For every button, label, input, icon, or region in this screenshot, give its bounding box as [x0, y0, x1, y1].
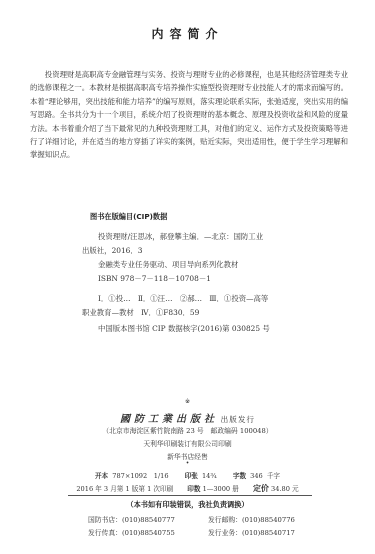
contact-label: 发行邮购： [208, 516, 242, 524]
publisher-logo: 國防工業出版社 [120, 414, 218, 425]
dot-ornament: • [0, 460, 375, 467]
print-run-value: 1—3000 册 [203, 485, 239, 493]
edition-line: 2016 年 3 月第 1 版第 1 次印刷 印数 1—3000 册 定价 34… [0, 483, 375, 494]
price-label: 定价 [253, 484, 269, 493]
contact-phone: (010)88540717 [242, 529, 295, 537]
cip-line-record: 中国版本图书馆 CIP 数据核字(2016)第 030825 号 [90, 322, 330, 336]
price-value: 34.80 元 [271, 485, 299, 493]
cip-line-series: 金融类专业任务驱动、项目导向系列化教材 [90, 258, 330, 272]
cip-block: 图书在版编目(CIP)数据 投资理财/汪思冰，郝登攀主编．—北京：国防工业 出版… [90, 210, 330, 336]
publisher-address: （北京市海淀区紫竹院南路 23 号 邮政编码 100048） [0, 425, 375, 435]
contact-business: 发行业务：(010)88540717 [208, 527, 328, 540]
star-ornament: ※ [0, 398, 375, 405]
contact-label: 发行业务： [208, 529, 242, 537]
publisher-line: 國防工業出版社 出版发行 [0, 410, 375, 425]
words-value: 346 千字 [250, 472, 280, 480]
intro-paragraph: 投资理财是高职高专金融管理与实务、投资与理财专业的必修课程，也是其他经济管理类专… [30, 68, 348, 162]
divider [68, 495, 312, 496]
specs-line: 开本 787×1092 1/16 印张 14¾ 字数 346 千字 [0, 470, 375, 480]
contact-label: 国防书店： [88, 516, 122, 524]
contact-label: 发行传真： [88, 529, 122, 537]
contact-phone: (010)88540755 [122, 529, 175, 537]
contact-mail-order: 发行邮购：(010)88540776 [208, 514, 328, 527]
contact-bookstore: 国防书店：(010)88540777 [88, 514, 208, 527]
print-run-label: 印数 [187, 485, 200, 493]
cip-line-classification-cont: 职业教育—教材 Ⅳ．①F830．59 [82, 306, 330, 320]
cip-line-isbn: ISBN 978－7－118－10708－1 [90, 272, 330, 286]
page-title: 内容简介 [0, 25, 375, 42]
contact-phone: (010)88540777 [122, 516, 175, 524]
cip-heading: 图书在版编目(CIP)数据 [90, 210, 330, 224]
printer-name: 天利华印刷装订有限公司印刷 [0, 438, 375, 448]
cip-line-classification: Ⅰ．①投… Ⅱ．①汪… ②郝… Ⅲ．①投资—高等 [90, 292, 330, 306]
format-label: 开本 [95, 472, 108, 480]
edition-info: 2016 年 3 月第 1 版第 1 次印刷 [76, 485, 173, 493]
contact-phone: (010)88540776 [242, 516, 295, 524]
format-value: 787×1092 1/16 [112, 472, 168, 480]
publisher-suffix: 出版发行 [221, 415, 255, 424]
cip-line-publisher: 出版社，2016．3 [82, 244, 330, 258]
sheets-value: 14¾ [202, 472, 217, 480]
sheets-label: 印张 [185, 472, 198, 480]
replacement-notice: （本书如有印装错误，我社负责调换） [0, 500, 375, 510]
contacts: 国防书店：(010)88540777 发行邮购：(010)88540776 发行… [88, 514, 328, 540]
contact-fax: 发行传真：(010)88540755 [88, 527, 208, 540]
words-label: 字数 [233, 472, 246, 480]
intro-section: 投资理财是高职高专金融管理与实务、投资与理财专业的必修课程，也是其他经济管理类专… [30, 68, 348, 162]
cip-line-title: 投资理财/汪思冰，郝登攀主编．—北京：国防工业 [90, 230, 330, 244]
